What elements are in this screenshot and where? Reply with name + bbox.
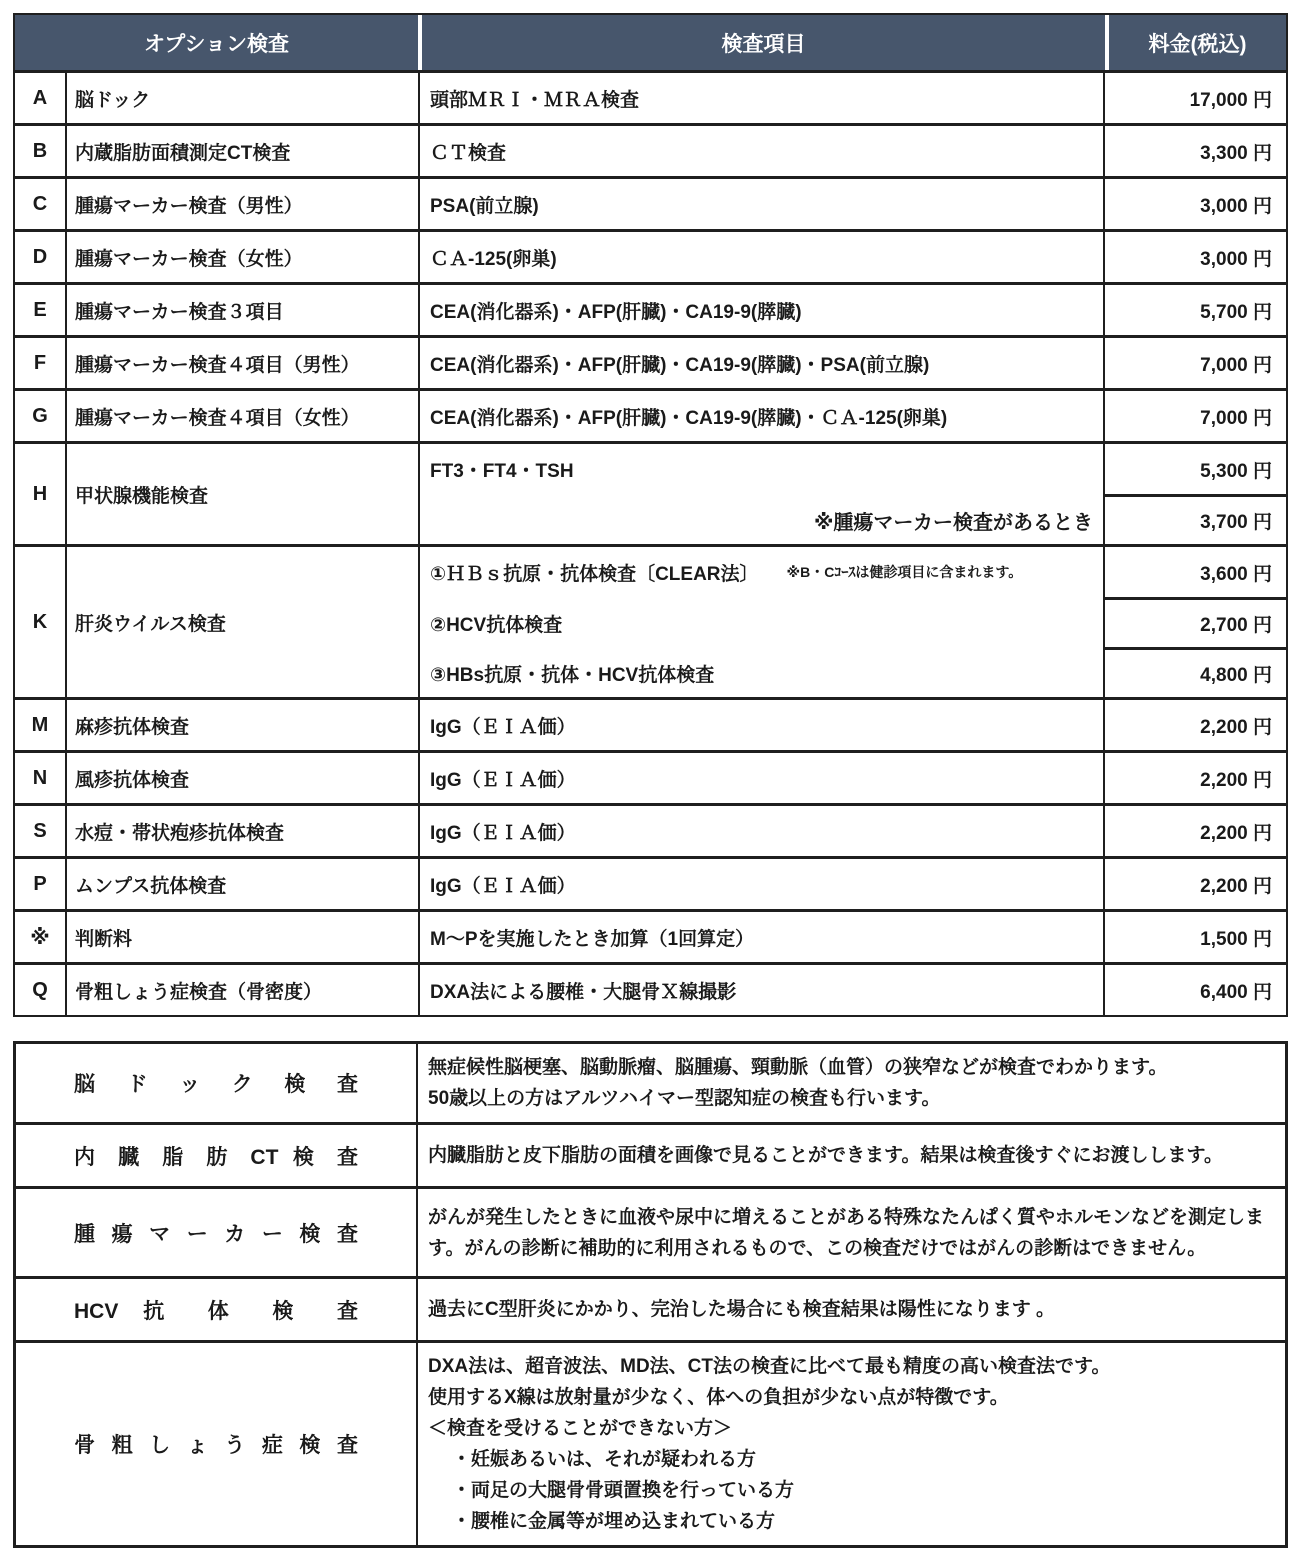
exam-item: FT3・FT4・TSH — [420, 444, 1103, 494]
table-row: F 腫瘍マーカー検査４項目（男性） CEA(消化器系)・AFP(肝臓)・CA19… — [15, 335, 1286, 388]
description-line: ・妊娠あるいは、それが疑われる方 — [428, 1444, 1275, 1475]
exam-item-text: IgG（ＥＩＡ価） — [430, 818, 576, 845]
exam-name: 腫瘍マーカー検査４項目（男性） — [65, 338, 418, 388]
exam-prices-cell: 7,000 円 — [1103, 391, 1286, 441]
row-code: G — [15, 391, 65, 441]
exam-item-text: PSA(前立腺) — [430, 191, 539, 218]
description-label: HCV 抗 体 検 査 — [16, 1279, 418, 1340]
exam-items-cell: IgG（ＥＩＡ価） — [418, 806, 1103, 856]
description-table-body: 脳 ド ッ ク 検 査 無症候性脳梗塞、脳動脈瘤、脳腫瘍、頸動脈（血管）の狭窄な… — [16, 1044, 1285, 1545]
exam-name: 肝炎ウイルス検査 — [65, 547, 418, 697]
exam-items-cell: CEA(消化器系)・AFP(肝臓)・CA19-9(膵臓) — [418, 285, 1103, 335]
row-code: E — [15, 285, 65, 335]
exam-item-text: 頭部ＭＲＩ・ＭＲＡ検査 — [430, 85, 639, 112]
exam-item-text: ※腫瘍マーカー検査があるとき — [814, 506, 1093, 535]
description-row: 腫 瘍 マ ー カ ー 検 査 がんが発生したときに血液や尿中に増えることがある… — [16, 1186, 1285, 1276]
exam-description-table: 脳 ド ッ ク 検 査 無症候性脳梗塞、脳動脈瘤、脳腫瘍、頸動脈（血管）の狭窄な… — [13, 1041, 1288, 1548]
table-row: H 甲状腺機能検査 FT3・FT4・TSH※腫瘍マーカー検査があるとき 5,30… — [15, 441, 1286, 544]
row-code: ※ — [15, 912, 65, 962]
price-value: 2,200 円 — [1105, 806, 1286, 856]
table-row: S 水痘・帯状疱疹抗体検査 IgG（ＥＩＡ価） 2,200 円 — [15, 803, 1286, 856]
exam-items-cell: ①ＨＢｓ抗原・抗体検査〔CLEAR法〕※B・Cｺｰｽは健診項目に含まれます。②H… — [418, 547, 1103, 697]
exam-items-cell: FT3・FT4・TSH※腫瘍マーカー検査があるとき — [418, 444, 1103, 544]
exam-items-cell: DXA法による腰椎・大腿骨Ｘ線撮影 — [418, 965, 1103, 1015]
price-value: 4,800 円 — [1105, 647, 1286, 697]
row-code: K — [15, 547, 65, 697]
price-table-header-row: オプション検査 検査項目 料金(税込) — [15, 15, 1286, 70]
price-value: 2,200 円 — [1105, 753, 1286, 803]
price-value: 7,000 円 — [1105, 338, 1286, 388]
exam-items-cell: PSA(前立腺) — [418, 179, 1103, 229]
description-text: 内臓脂肪と皮下脂肪の面積を画像で見ることができます。結果は検査後すぐにお渡ししま… — [418, 1125, 1285, 1186]
description-row: 脳 ド ッ ク 検 査 無症候性脳梗塞、脳動脈瘤、脳腫瘍、頸動脈（血管）の狭窄な… — [16, 1044, 1285, 1122]
description-line: ・両足の大腿骨骨頭置換を行っている方 — [428, 1475, 1275, 1506]
row-code: H — [15, 444, 65, 544]
exam-name: ムンプス抗体検査 — [65, 859, 418, 909]
row-code: N — [15, 753, 65, 803]
row-code: C — [15, 179, 65, 229]
description-line: ＜検査を受けることができない方＞ — [428, 1413, 1275, 1444]
exam-item: ＣＡ-125(卵巣) — [420, 232, 1103, 282]
exam-item-text: CEA(消化器系)・AFP(肝臓)・CA19-9(膵臓) — [430, 297, 802, 324]
exam-item: 頭部ＭＲＩ・ＭＲＡ検査 — [420, 73, 1103, 123]
description-label: 脳 ド ッ ク 検 査 — [16, 1044, 418, 1122]
exam-item: IgG（ＥＩＡ価） — [420, 700, 1103, 750]
exam-item-text: IgG（ＥＩＡ価） — [430, 712, 576, 739]
row-code: D — [15, 232, 65, 282]
description-label: 内 臓 脂 肪 CT 検 査 — [16, 1125, 418, 1186]
exam-item-text: FT3・FT4・TSH — [430, 456, 574, 483]
description-line: がんが発生したときに血液や尿中に増えることがある特殊なたんぱく質やホルモンなどを… — [428, 1202, 1275, 1264]
price-value: 3,600 円 — [1105, 547, 1286, 597]
description-row: 骨 粗 し ょ う 症 検 査 DXA法は、超音波法、MD法、CT法の検査に比べ… — [16, 1340, 1285, 1545]
price-value: 2,700 円 — [1105, 597, 1286, 647]
exam-items-cell: 頭部ＭＲＩ・ＭＲＡ検査 — [418, 73, 1103, 123]
description-row: HCV 抗 体 検 査 過去にC型肝炎にかかり、完治した場合にも検査結果は陽性に… — [16, 1276, 1285, 1340]
exam-item-text: CEA(消化器系)・AFP(肝臓)・CA19-9(膵臓)・PSA(前立腺) — [430, 350, 929, 377]
row-code: F — [15, 338, 65, 388]
exam-item: ※腫瘍マーカー検査があるとき — [420, 494, 1103, 544]
row-code: A — [15, 73, 65, 123]
exam-items-cell: ＣＴ検査 — [418, 126, 1103, 176]
exam-item-text: CEA(消化器系)・AFP(肝臓)・CA19-9(膵臓)・ＣＡ-125(卵巣) — [430, 403, 947, 430]
table-row: Q 骨粗しょう症検査（骨密度） DXA法による腰椎・大腿骨Ｘ線撮影 6,400 … — [15, 962, 1286, 1015]
table-row: M 麻疹抗体検査 IgG（ＥＩＡ価） 2,200 円 — [15, 697, 1286, 750]
exam-item: IgG（ＥＩＡ価） — [420, 753, 1103, 803]
exam-item: ②HCV抗体検査 — [420, 597, 1103, 647]
exam-items-cell: IgG（ＥＩＡ価） — [418, 859, 1103, 909]
price-value: 5,700 円 — [1105, 285, 1286, 335]
exam-prices-cell: 2,200 円 — [1103, 806, 1286, 856]
exam-prices-cell: 5,700 円 — [1103, 285, 1286, 335]
exam-items-cell: M～Pを実施したとき加算（1回算定） — [418, 912, 1103, 962]
exam-name: 水痘・帯状疱疹抗体検査 — [65, 806, 418, 856]
exam-item: CEA(消化器系)・AFP(肝臓)・CA19-9(膵臓)・ＣＡ-125(卵巣) — [420, 391, 1103, 441]
price-value: 1,500 円 — [1105, 912, 1286, 962]
description-line: ・腰椎に金属等が埋め込まれている方 — [428, 1506, 1275, 1537]
description-text: DXA法は、超音波法、MD法、CT法の検査に比べて最も精度の高い検査法です。使用… — [418, 1343, 1285, 1545]
exam-item: CEA(消化器系)・AFP(肝臓)・CA19-9(膵臓) — [420, 285, 1103, 335]
description-text: 無症候性脳梗塞、脳動脈瘤、脳腫瘍、頸動脈（血管）の狭窄などが検査でわかります。5… — [418, 1044, 1285, 1122]
exam-item: IgG（ＥＩＡ価） — [420, 859, 1103, 909]
exam-name: 腫瘍マーカー検査４項目（女性） — [65, 391, 418, 441]
exam-prices-cell: 7,000 円 — [1103, 338, 1286, 388]
description-line: DXA法は、超音波法、MD法、CT法の検査に比べて最も精度の高い検査法です。 — [428, 1351, 1275, 1382]
table-row: A 脳ドック 頭部ＭＲＩ・ＭＲＡ検査 17,000 円 — [15, 70, 1286, 123]
exam-name: 甲状腺機能検査 — [65, 444, 418, 544]
description-line: 無症候性脳梗塞、脳動脈瘤、脳腫瘍、頸動脈（血管）の狭窄などが検査でわかります。 — [428, 1052, 1275, 1083]
exam-item: ①ＨＢｓ抗原・抗体検査〔CLEAR法〕※B・Cｺｰｽは健診項目に含まれます。 — [420, 547, 1103, 597]
table-row: B 内蔵脂肪面積測定CT検査 ＣＴ検査 3,300 円 — [15, 123, 1286, 176]
header-price: 料金(税込) — [1105, 15, 1286, 70]
price-value: 3,300 円 — [1105, 126, 1286, 176]
exam-name: 腫瘍マーカー検査（男性） — [65, 179, 418, 229]
exam-prices-cell: 2,200 円 — [1103, 753, 1286, 803]
table-row: P ムンプス抗体検査 IgG（ＥＩＡ価） 2,200 円 — [15, 856, 1286, 909]
exam-item: IgG（ＥＩＡ価） — [420, 806, 1103, 856]
exam-item-text: ①ＨＢｓ抗原・抗体検査〔CLEAR法〕 — [430, 559, 759, 586]
table-row: E 腫瘍マーカー検査３項目 CEA(消化器系)・AFP(肝臓)・CA19-9(膵… — [15, 282, 1286, 335]
header-exam-item: 検査項目 — [418, 15, 1105, 70]
row-code: B — [15, 126, 65, 176]
exam-prices-cell: 6,400 円 — [1103, 965, 1286, 1015]
exam-prices-cell: 3,000 円 — [1103, 179, 1286, 229]
description-label: 骨 粗 し ょ う 症 検 査 — [16, 1343, 418, 1545]
price-value: 3,700 円 — [1105, 494, 1286, 544]
table-row: K 肝炎ウイルス検査 ①ＨＢｓ抗原・抗体検査〔CLEAR法〕※B・Cｺｰｽは健診… — [15, 544, 1286, 697]
description-line: 50歳以上の方はアルツハイマー型認知症の検査も行います。 — [428, 1083, 1275, 1114]
exam-name: 麻疹抗体検査 — [65, 700, 418, 750]
option-exam-price-table: オプション検査 検査項目 料金(税込) A 脳ドック 頭部ＭＲＩ・ＭＲＡ検査 1… — [13, 13, 1288, 1017]
exam-name: 骨粗しょう症検査（骨密度） — [65, 965, 418, 1015]
description-row: 内 臓 脂 肪 CT 検 査 内臓脂肪と皮下脂肪の面積を画像で見ることができます… — [16, 1122, 1285, 1186]
exam-name: 腫瘍マーカー検査（女性） — [65, 232, 418, 282]
description-text: がんが発生したときに血液や尿中に増えることがある特殊なたんぱく質やホルモンなどを… — [418, 1189, 1285, 1276]
exam-name: 判断料 — [65, 912, 418, 962]
description-label: 腫 瘍 マ ー カ ー 検 査 — [16, 1189, 418, 1276]
exam-item-text: ＣＴ検査 — [430, 138, 506, 165]
exam-prices-cell: 3,300 円 — [1103, 126, 1286, 176]
description-text: 過去にC型肝炎にかかり、完治した場合にも検査結果は陽性になります 。 — [418, 1279, 1285, 1340]
exam-item-text: ＣＡ-125(卵巣) — [430, 244, 557, 271]
exam-item: DXA法による腰椎・大腿骨Ｘ線撮影 — [420, 965, 1103, 1015]
page: オプション検査 検査項目 料金(税込) A 脳ドック 頭部ＭＲＩ・ＭＲＡ検査 1… — [0, 0, 1301, 1561]
table-row: G 腫瘍マーカー検査４項目（女性） CEA(消化器系)・AFP(肝臓)・CA19… — [15, 388, 1286, 441]
exam-prices-cell: 2,200 円 — [1103, 700, 1286, 750]
description-line: 内臓脂肪と皮下脂肪の面積を画像で見ることができます。結果は検査後すぐにお渡ししま… — [428, 1140, 1275, 1171]
row-code: P — [15, 859, 65, 909]
price-table-body: A 脳ドック 頭部ＭＲＩ・ＭＲＡ検査 17,000 円 B 内蔵脂肪面積測定CT… — [15, 70, 1286, 1015]
price-value: 6,400 円 — [1105, 965, 1286, 1015]
exam-prices-cell: 2,200 円 — [1103, 859, 1286, 909]
exam-item: PSA(前立腺) — [420, 179, 1103, 229]
description-line: 使用するX線は放射量が少なく、体への負担が少ない点が特徴です。 — [428, 1382, 1275, 1413]
table-row: N 風疹抗体検査 IgG（ＥＩＡ価） 2,200 円 — [15, 750, 1286, 803]
header-option-exam: オプション検査 — [15, 15, 418, 70]
exam-name: 内蔵脂肪面積測定CT検査 — [65, 126, 418, 176]
price-value: 5,300 円 — [1105, 444, 1286, 494]
exam-item: ＣＴ検査 — [420, 126, 1103, 176]
exam-item-text: M～Pを実施したとき加算（1回算定） — [430, 924, 754, 951]
exam-prices-cell: 3,600 円2,700 円4,800 円 — [1103, 547, 1286, 697]
row-code: Q — [15, 965, 65, 1015]
description-line: 過去にC型肝炎にかかり、完治した場合にも検査結果は陽性になります 。 — [428, 1294, 1275, 1325]
row-code: M — [15, 700, 65, 750]
exam-name: 脳ドック — [65, 73, 418, 123]
exam-name: 腫瘍マーカー検査３項目 — [65, 285, 418, 335]
table-row: ※ 判断料 M～Pを実施したとき加算（1回算定） 1,500 円 — [15, 909, 1286, 962]
exam-item-text: DXA法による腰椎・大腿骨Ｘ線撮影 — [430, 977, 736, 1004]
price-value: 17,000 円 — [1105, 73, 1286, 123]
exam-item: ③HBs抗原・抗体・HCV抗体検査 — [420, 647, 1103, 697]
exam-item-text: ②HCV抗体検査 — [430, 610, 562, 637]
table-row: D 腫瘍マーカー検査（女性） ＣＡ-125(卵巣) 3,000 円 — [15, 229, 1286, 282]
exam-items-cell: IgG（ＥＩＡ価） — [418, 753, 1103, 803]
price-value: 2,200 円 — [1105, 700, 1286, 750]
price-value: 2,200 円 — [1105, 859, 1286, 909]
exam-prices-cell: 3,000 円 — [1103, 232, 1286, 282]
exam-prices-cell: 17,000 円 — [1103, 73, 1286, 123]
exam-prices-cell: 1,500 円 — [1103, 912, 1286, 962]
exam-items-cell: ＣＡ-125(卵巣) — [418, 232, 1103, 282]
exam-items-cell: CEA(消化器系)・AFP(肝臓)・CA19-9(膵臓)・ＣＡ-125(卵巣) — [418, 391, 1103, 441]
exam-item-text: IgG（ＥＩＡ価） — [430, 765, 576, 792]
exam-prices-cell: 5,300 円3,700 円 — [1103, 444, 1286, 544]
exam-item-text: IgG（ＥＩＡ価） — [430, 871, 576, 898]
exam-item: CEA(消化器系)・AFP(肝臓)・CA19-9(膵臓)・PSA(前立腺) — [420, 338, 1103, 388]
exam-item: M～Pを実施したとき加算（1回算定） — [420, 912, 1103, 962]
price-value: 7,000 円 — [1105, 391, 1286, 441]
exam-item-note: ※B・Cｺｰｽは健診項目に含まれます。 — [787, 562, 1023, 582]
exam-name: 風疹抗体検査 — [65, 753, 418, 803]
price-value: 3,000 円 — [1105, 232, 1286, 282]
table-row: C 腫瘍マーカー検査（男性） PSA(前立腺) 3,000 円 — [15, 176, 1286, 229]
exam-items-cell: CEA(消化器系)・AFP(肝臓)・CA19-9(膵臓)・PSA(前立腺) — [418, 338, 1103, 388]
row-code: S — [15, 806, 65, 856]
exam-item-text: ③HBs抗原・抗体・HCV抗体検査 — [430, 660, 714, 687]
exam-items-cell: IgG（ＥＩＡ価） — [418, 700, 1103, 750]
price-value: 3,000 円 — [1105, 179, 1286, 229]
